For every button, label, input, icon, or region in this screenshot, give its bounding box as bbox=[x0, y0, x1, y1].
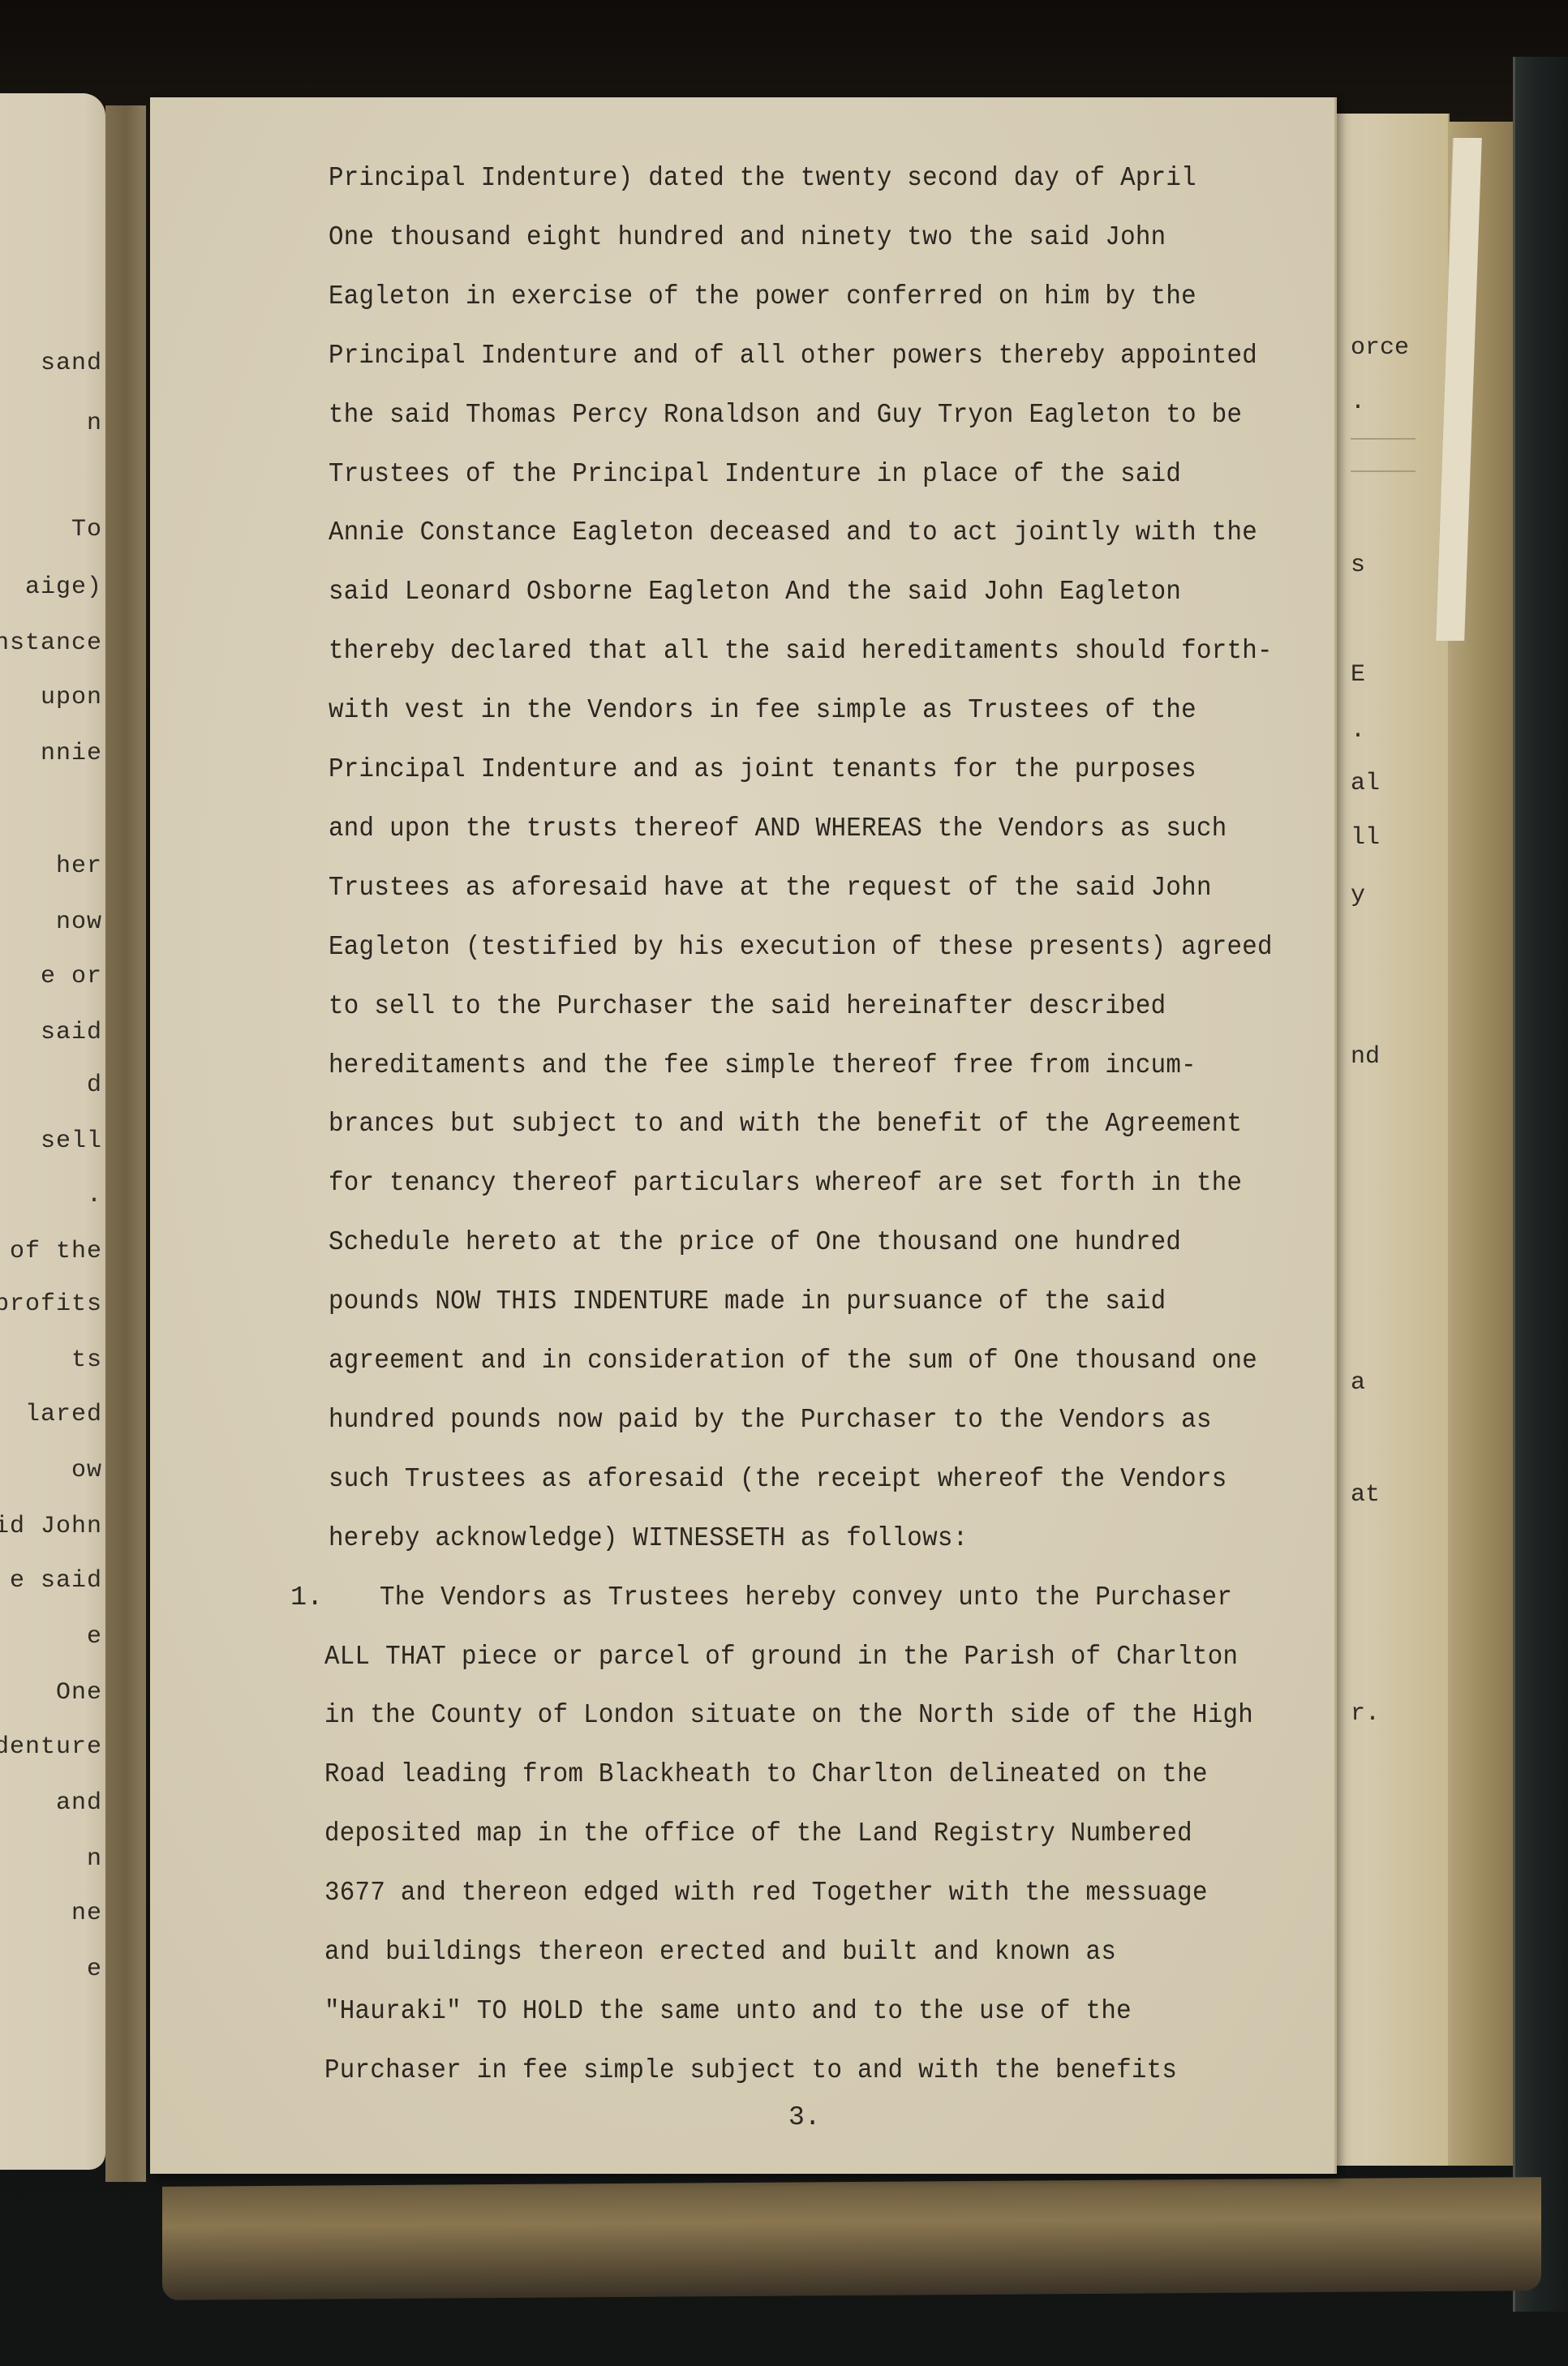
left-page-text-fragment: sand bbox=[41, 350, 102, 377]
left-page-text-fragment: ow bbox=[71, 1457, 102, 1484]
left-page-text-fragment: . bbox=[87, 1182, 102, 1209]
text-line: Annie Constance Eagleton deceased and to… bbox=[329, 517, 1257, 549]
left-page-text-fragment: sell bbox=[41, 1127, 102, 1155]
book-gutter bbox=[105, 105, 146, 2182]
text-line: brances but subject to and with the bene… bbox=[329, 1108, 1242, 1140]
left-facing-page: sandnToaige)nstanceuponnniehernowe orsai… bbox=[0, 93, 105, 2170]
deed-text: Principal Indenture) dated the twenty se… bbox=[150, 97, 1334, 2174]
right-page-text-fragment: nd bbox=[1351, 1043, 1380, 1071]
right-page-text-fragment: . bbox=[1351, 389, 1365, 416]
clause-text-line: Purchaser in fee simple subject to and w… bbox=[324, 2055, 1177, 2087]
text-line: said Leonard Osborne Eagleton And the sa… bbox=[329, 576, 1181, 608]
text-line: Principal Indenture and as joint tenants… bbox=[329, 754, 1196, 786]
text-line: hereditaments and the fee simple thereof… bbox=[329, 1050, 1196, 1082]
left-page-text-fragment: her bbox=[56, 852, 102, 880]
text-line: to sell to the Purchaser the said herein… bbox=[329, 990, 1166, 1023]
left-page-text-fragment: n bbox=[87, 410, 102, 437]
clause-text-line: ALL THAT piece or parcel of ground in th… bbox=[324, 1641, 1238, 1673]
right-page-text-fragment: r. bbox=[1351, 1700, 1380, 1728]
left-page-text-fragment: id John bbox=[0, 1513, 102, 1540]
right-page-text-fragment: s bbox=[1351, 552, 1365, 579]
clause-text-line: deposited map in the office of the Land … bbox=[324, 1818, 1192, 1850]
text-line: with vest in the Vendors in fee simple a… bbox=[329, 694, 1196, 727]
left-page-text-fragment: ne bbox=[71, 1900, 102, 1927]
main-document-page: Principal Indenture) dated the twenty se… bbox=[150, 97, 1337, 2174]
left-page-text-fragment: d bbox=[87, 1071, 102, 1099]
clause-text-line: 3677 and thereon edged with red Together… bbox=[324, 1877, 1208, 1909]
left-page-text-fragment: l of the bbox=[0, 1238, 102, 1265]
right-page-text-fragment: orce bbox=[1351, 334, 1409, 362]
clause-text-line: in the County of London situate on the N… bbox=[324, 1699, 1253, 1732]
text-line: pounds NOW THIS INDENTURE made in pursua… bbox=[329, 1286, 1166, 1318]
left-page-text-fragment: aige) bbox=[25, 573, 102, 601]
right-page-text-fragment: y bbox=[1351, 882, 1365, 909]
left-page-text-fragment: nstance bbox=[0, 629, 102, 657]
clause-number: 1. bbox=[290, 1582, 323, 1614]
left-page-text-fragment: ndenture bbox=[0, 1733, 102, 1761]
clause-first-line: The Vendors as Trustees hereby convey un… bbox=[380, 1582, 1232, 1614]
text-line: Principal Indenture) dated the twenty se… bbox=[329, 162, 1196, 195]
text-line: One thousand eight hundred and ninety tw… bbox=[329, 221, 1166, 254]
page-number: 3. bbox=[788, 2102, 821, 2132]
text-line: hereby acknowledge) WITNESSETH as follow… bbox=[329, 1522, 968, 1555]
text-line: thereby declared that all the said hered… bbox=[329, 635, 1273, 668]
left-page-text-fragment: lared bbox=[25, 1401, 102, 1428]
clause-text-line: Road leading from Blackheath to Charlton… bbox=[324, 1758, 1208, 1791]
clause-text-line: and buildings thereon erected and built … bbox=[324, 1936, 1116, 1969]
book-cover-edge bbox=[1513, 57, 1568, 2312]
left-page-text-fragment: profits bbox=[0, 1290, 102, 1318]
left-page-text-fragment: One bbox=[56, 1679, 102, 1707]
text-line: Trustees as aforesaid have at the reques… bbox=[329, 872, 1212, 904]
left-page-text-fragment: now bbox=[56, 908, 102, 936]
text-line: hundred pounds now paid by the Purchaser… bbox=[329, 1404, 1212, 1436]
rule-line bbox=[1351, 438, 1415, 440]
right-page-text-fragment: . bbox=[1351, 717, 1365, 745]
left-page-text-fragment: and bbox=[56, 1789, 102, 1817]
right-page-text-fragment: a bbox=[1351, 1369, 1365, 1397]
right-page-text-fragment: ll bbox=[1351, 824, 1380, 852]
text-line: the said Thomas Percy Ronaldson and Guy … bbox=[329, 399, 1242, 432]
clause-text-line: "Hauraki" TO HOLD the same unto and to t… bbox=[324, 1995, 1132, 2028]
text-line: Schedule hereto at the price of One thou… bbox=[329, 1226, 1181, 1259]
left-page-text-fragment: To bbox=[71, 516, 102, 543]
text-line: Eagleton in exercise of the power confer… bbox=[329, 281, 1196, 313]
book-bottom-edge bbox=[162, 2177, 1541, 2300]
left-page-text-fragment: upon bbox=[41, 684, 102, 711]
right-page-text-fragment: at bbox=[1351, 1481, 1380, 1509]
left-page-text-fragment: e said bbox=[10, 1567, 102, 1595]
left-page-text-fragment: ts bbox=[71, 1346, 102, 1374]
left-page-text-fragment: said bbox=[41, 1019, 102, 1046]
text-line: Trustees of the Principal Indenture in p… bbox=[329, 458, 1181, 491]
text-line: Eagleton (testified by his execution of … bbox=[329, 931, 1273, 964]
text-line: for tenancy thereof particulars whereof … bbox=[329, 1167, 1242, 1200]
text-line: and upon the trusts thereof AND WHEREAS … bbox=[329, 813, 1226, 845]
left-page-text-fragment: n bbox=[87, 1845, 102, 1873]
left-page-text-fragment: e or bbox=[41, 963, 102, 990]
text-line: such Trustees as aforesaid (the receipt … bbox=[329, 1463, 1226, 1496]
left-page-text-fragment: e bbox=[87, 1956, 102, 1983]
right-page-text-fragment: E bbox=[1351, 661, 1365, 689]
text-line: agreement and in consideration of the su… bbox=[329, 1345, 1257, 1377]
right-page-text-fragment: al bbox=[1351, 770, 1380, 797]
left-page-text-fragment: nnie bbox=[41, 740, 102, 767]
left-page-text-fragment: e bbox=[87, 1623, 102, 1651]
text-line: Principal Indenture and of all other pow… bbox=[329, 340, 1257, 372]
rule-line bbox=[1351, 470, 1415, 472]
